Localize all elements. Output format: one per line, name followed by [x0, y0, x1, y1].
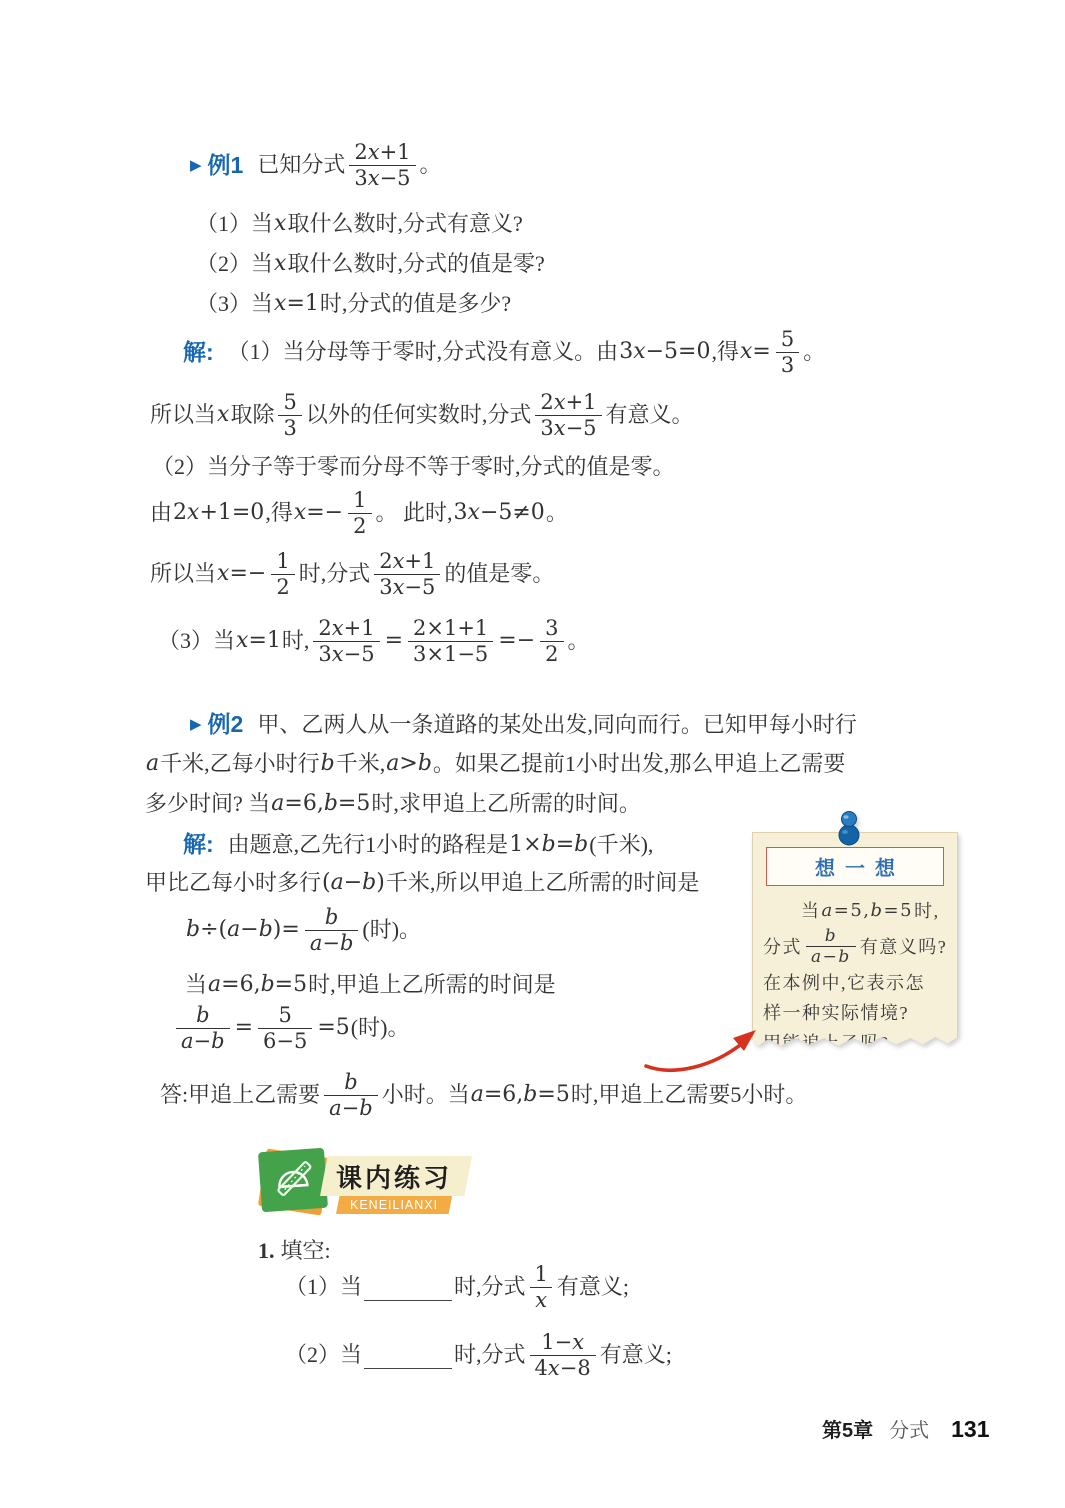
example1-solution-line-3: （2）当分子等于零而分母不等于零时,分式的值是零。	[152, 453, 675, 482]
text-segment: ,得	[265, 499, 293, 528]
text-segment: （3）当	[158, 627, 235, 656]
math-text: a=5,b=5	[821, 896, 915, 926]
text-segment: 时,求甲追上乙所需的时间。	[371, 790, 641, 819]
text-segment: (时)。	[351, 1014, 410, 1043]
text-segment: 有意义;	[557, 1273, 629, 1302]
math-text: a=6,b=5	[207, 971, 308, 1000]
example2-solution-line-3: 当a=6,b=5时,甲追上乙所需的时间是	[185, 971, 556, 1000]
fraction: ba−b	[324, 1070, 378, 1121]
example2-formula-1: b÷(a−b)=ba−b(时)。	[185, 905, 421, 956]
sticky-note-paper: 想一想 当a=5,b=5时, 分式ba−b有意义吗? 在本例中,它表示怎 样一种…	[752, 832, 958, 1050]
text-segment: 已知分式	[257, 151, 345, 180]
math-text: =	[234, 1014, 254, 1043]
note-line: 在本例中,它表示怎	[763, 968, 947, 998]
text-segment: 。	[803, 338, 825, 367]
text-segment: 时,分式	[299, 560, 371, 589]
example1-solution-line-4: 由2x+1=0,得x=−12。 此时,3x−5≠0。	[150, 488, 568, 539]
math-text: =−	[497, 627, 536, 656]
fraction: 12	[348, 488, 371, 539]
example2-body-line-2: a千米,乙每小时行b千米,a>b。如果乙提前1小时出发,那么甲追上乙需要	[145, 750, 845, 779]
text-segment: 。	[568, 627, 590, 656]
curved-arrow-icon	[638, 1012, 768, 1082]
example1-question-2: （2）当x取什么数时,分式的值是零?	[196, 250, 545, 279]
text-segment: （2）当	[196, 250, 273, 279]
math-text: x=−	[216, 560, 267, 589]
example1-solution-line-6: （3）当x=1时,2x+13x−5=2×1+13×1−5=−32。	[158, 616, 590, 667]
text-segment: 当	[801, 896, 821, 926]
protractor-icon	[258, 1148, 328, 1212]
example1-solution-line-5: 所以当x=−12时,分式2x+13x−5的值是零。	[150, 549, 554, 600]
text-segment: 由	[150, 499, 172, 528]
think-note-title: 想一想	[766, 847, 944, 886]
note-line: 样一种实际情境?	[763, 998, 947, 1028]
fraction: 12	[271, 549, 294, 600]
text-segment: 时,分式的值是多少?	[320, 290, 511, 319]
text-segment: （2）当	[285, 1341, 362, 1370]
think-note-body: 当a=5,b=5时, 分式ba−b有意义吗? 在本例中,它表示怎 样一种实际情境…	[753, 894, 957, 1058]
fill-in-blank[interactable]	[364, 1275, 452, 1301]
text-segment: 在本例中,它表示怎	[763, 968, 925, 998]
text-segment: （1）当	[196, 210, 273, 239]
text-segment: 所以当	[150, 401, 216, 430]
fraction: 2x+13x−5	[535, 390, 601, 441]
note-line: 当a=5,b=5时,	[763, 896, 947, 926]
text-segment: （1）当分母等于零时,分式没有意义。由	[228, 338, 619, 367]
math-text: (a−b)	[321, 869, 386, 898]
text-segment: 取什么数时,分式的值是零?	[287, 250, 544, 279]
math-text: x=1	[273, 290, 320, 319]
math-text: b÷(a−b)=	[185, 916, 301, 945]
text-segment: 。 此时,	[376, 499, 453, 528]
fraction: 53	[278, 390, 301, 441]
math-text: a>b	[385, 750, 433, 779]
fraction: 56−5	[258, 1003, 312, 1054]
text-segment: 千米,乙每小时行	[160, 750, 320, 779]
text-segment: ,得	[711, 338, 739, 367]
practice-badge-title-text: 课内练习	[336, 1158, 452, 1195]
text-segment: （3）当	[196, 290, 273, 319]
text-segment: 解:	[183, 830, 214, 860]
example2-body-line-3: 多少时间? 当a=6,b=5时,求甲追上乙所需的时间。	[145, 790, 641, 819]
text-segment: 所以当	[150, 560, 216, 589]
practice-section-badge: 课内练习 KENEILIANXI	[260, 1148, 490, 1220]
example2-formula-2: ba−b=56−5=5(时)。	[172, 1003, 409, 1054]
fraction: ba−b	[806, 926, 856, 968]
example1-solution-line-2: 所以当x取除53以外的任何实数时,分式2x+13x−5有意义。	[150, 390, 694, 441]
text-segment: 。如果乙提前1小时出发,那么甲追上乙需要	[433, 750, 846, 779]
text-segment: 甲比乙每小时多行	[145, 869, 321, 898]
math-text: =5	[316, 1014, 350, 1043]
text-segment: （1）当	[285, 1273, 362, 1302]
text-segment: 例1	[208, 151, 244, 181]
text-segment: 千米,所以甲追上乙所需的时间是	[386, 869, 700, 898]
textbook-page: ▶例1已知分式2x+13x−5。 （1）当x取什么数时,分式有意义? （2）当x…	[0, 0, 1065, 1508]
example2-title: ▶例2甲、乙两人从一条道路的某处出发,同向而行。已知甲每小时行	[190, 710, 857, 740]
practice-fill-in-2: （2）当时,分式1−x4x−8有意义;	[285, 1330, 672, 1381]
footer-chapter: 第5章	[822, 1414, 873, 1443]
fraction: 2×1+13×1−5	[408, 616, 493, 667]
math-text: 3x−5=0	[618, 338, 711, 367]
text-segment: 的值是零。	[444, 560, 554, 589]
footer-subject: 分式	[889, 1414, 929, 1443]
math-text: x=	[739, 338, 772, 367]
text-segment: 解:	[183, 338, 214, 368]
text-segment: 千米,	[336, 750, 386, 779]
math-text: x	[273, 250, 287, 279]
math-text: 1×b=b	[508, 831, 589, 860]
math-text: =	[384, 627, 404, 656]
text-segment: 样一种实际情境?	[763, 998, 909, 1028]
fraction: 32	[540, 616, 563, 667]
example2-solution-line-2: 甲比乙每小时多行(a−b)千米,所以甲追上乙所需的时间是	[145, 869, 699, 898]
text-segment: 时,甲追上乙所需的时间是	[308, 971, 556, 1000]
text-segment: 时,甲追上乙需要5小时。	[571, 1081, 808, 1110]
fill-in-blank[interactable]	[364, 1343, 452, 1369]
example1-solution-line-1: 解:（1）当分母等于零时,分式没有意义。由3x−5=0,得x=53。	[183, 327, 825, 378]
text-segment: 取什么数时,分式有意义?	[287, 210, 522, 239]
example1-title: ▶例1已知分式2x+13x−5。	[190, 140, 442, 191]
page-footer: 第5章 分式 131	[822, 1414, 990, 1443]
text-segment: 时,分式	[454, 1273, 526, 1302]
example1-question-1: （1）当x取什么数时,分式有意义?	[196, 210, 523, 239]
text-segment: 由题意,乙先行1小时的路程是	[228, 831, 509, 860]
example1-question-3: （3）当x=1时,分式的值是多少?	[196, 290, 511, 319]
text-segment: 例2	[208, 710, 244, 740]
fraction: 1x	[530, 1262, 553, 1313]
math-text: x	[273, 210, 287, 239]
math-text: b	[320, 750, 336, 779]
fraction: 2x+13x−5	[374, 549, 440, 600]
text-segment: 当	[185, 971, 207, 1000]
text-segment: 。	[546, 499, 568, 528]
text-segment: 取除	[230, 401, 274, 430]
text-segment: （2）当分子等于零而分母不等于零时,分式的值是零。	[152, 453, 675, 482]
text-segment: 分式	[763, 932, 802, 962]
text-segment: 1.	[258, 1237, 275, 1266]
text-segment: 甲能追上乙吗?	[763, 1028, 890, 1058]
pushpin-icon	[832, 808, 866, 848]
fraction: 2x+13x−5	[349, 140, 415, 191]
practice-badge-subtitle: KENEILIANXI	[336, 1196, 452, 1214]
practice-fill-in-1: （1）当时,分式1x有意义;	[285, 1262, 629, 1313]
text-segment: 时,	[282, 627, 310, 656]
text-segment: 答:甲追上乙需要	[160, 1081, 320, 1110]
text-segment: 多少时间? 当	[145, 790, 270, 819]
text-segment: 小时。当	[382, 1081, 470, 1110]
text-segment: 以外的任何实数时,分式	[306, 401, 532, 430]
math-text: x=1	[235, 627, 282, 656]
example2-solution-line-1: 解:由题意,乙先行1小时的路程是1×b=b(千米),	[183, 830, 653, 860]
fraction: ba−b	[305, 905, 359, 956]
text-segment: 时,	[914, 896, 940, 926]
text-segment: 甲、乙两人从一条道路的某处出发,同向而行。已知甲每小时行	[257, 711, 857, 740]
text-segment: ▶	[190, 715, 202, 735]
note-line: 甲能追上乙吗?	[763, 1028, 947, 1058]
math-text: a	[145, 750, 160, 779]
text-segment: 有意义。	[606, 401, 694, 430]
math-text: 2x+1=0	[172, 499, 265, 528]
fraction: 2x+13x−5	[313, 616, 379, 667]
math-text: x	[216, 401, 230, 430]
math-text: 3x−5≠0	[453, 499, 546, 528]
footer-page-number: 131	[951, 1416, 989, 1443]
fraction: ba−b	[176, 1003, 230, 1054]
math-text: x=−	[293, 499, 344, 528]
fraction: 1−x4x−8	[530, 1330, 596, 1381]
fraction: 53	[776, 327, 799, 378]
text-segment: 有意义;	[600, 1341, 672, 1370]
note-line: 分式ba−b有意义吗?	[763, 926, 947, 968]
practice-badge-title: 课内练习	[320, 1156, 472, 1196]
text-segment: 时,分式	[454, 1341, 526, 1370]
math-text: a=6,b=5	[270, 790, 371, 819]
text-segment: 有意义吗?	[860, 932, 948, 962]
think-sticky-note: 想一想 当a=5,b=5时, 分式ba−b有意义吗? 在本例中,它表示怎 样一种…	[752, 832, 958, 1050]
text-segment: 。	[420, 151, 442, 180]
text-segment: (时)。	[362, 916, 421, 945]
text-segment: ▶	[190, 156, 202, 176]
text-segment: (千米),	[589, 831, 653, 860]
math-text: a=6,b=5	[470, 1081, 571, 1110]
